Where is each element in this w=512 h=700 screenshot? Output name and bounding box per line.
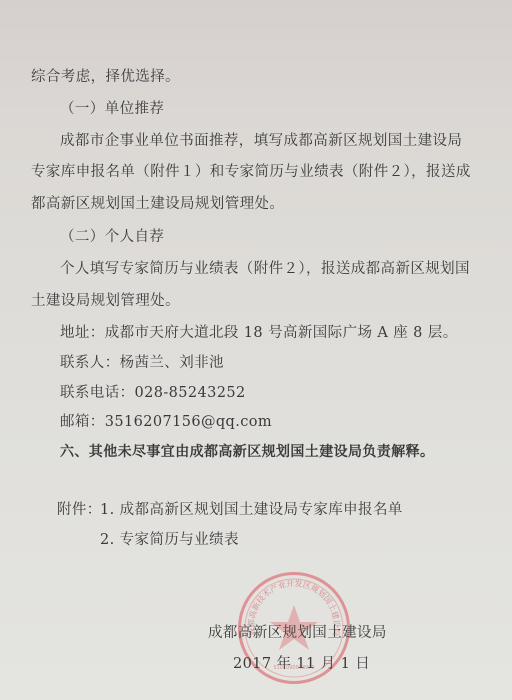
paragraph-line: 专家库申报名单（附件１）和专家简历与业绩表（附件２），报送成	[31, 160, 471, 181]
address-line: 地址：成都市天府大道北段 18 号高新国际广场 A 座 8 层。	[60, 321, 458, 342]
phone-line: 联系电话：028-85243252	[60, 381, 246, 402]
signature-date: 2017 年 11 月 1 日	[233, 652, 370, 673]
paragraph-line: 综合考虑，择优选择。	[31, 65, 180, 86]
attachments-label: 附件：	[57, 498, 102, 519]
signature-org: 成都高新区规划国土建设局	[208, 621, 387, 642]
document-page: 综合考虑，择优选择。 （一）单位推荐 成都市企事业单位书面推荐，填写成都高新区规…	[0, 0, 512, 700]
section-heading-personal: （二）个人自荐	[60, 225, 164, 246]
paragraph-line: 个人填写专家简历与业绩表（附件２），报送成都高新区规划国	[60, 257, 470, 278]
contact-person-line: 联系人：杨茜兰、刘非池	[60, 351, 224, 372]
paragraph-line: 土建设局规划管理处。	[31, 289, 180, 310]
attachment-item-2: 2. 专家简历与业绩表	[100, 528, 239, 549]
attachment-item-1: 1. 成都高新区规划国土建设局专家库申报名单	[100, 498, 403, 519]
email-line: 邮箱：3516207156@qq.com	[60, 410, 272, 431]
section-six-heading: 六、其他未尽事宜由成都高新区规划国土建设局负责解释。	[60, 441, 434, 461]
section-heading-unit: （一）单位推荐	[60, 97, 164, 118]
paragraph-line: 成都市企事业单位书面推荐，填写成都高新区规划国土建设局	[60, 129, 462, 150]
paragraph-line: 都高新区规划国土建设局规划管理处。	[31, 192, 284, 213]
